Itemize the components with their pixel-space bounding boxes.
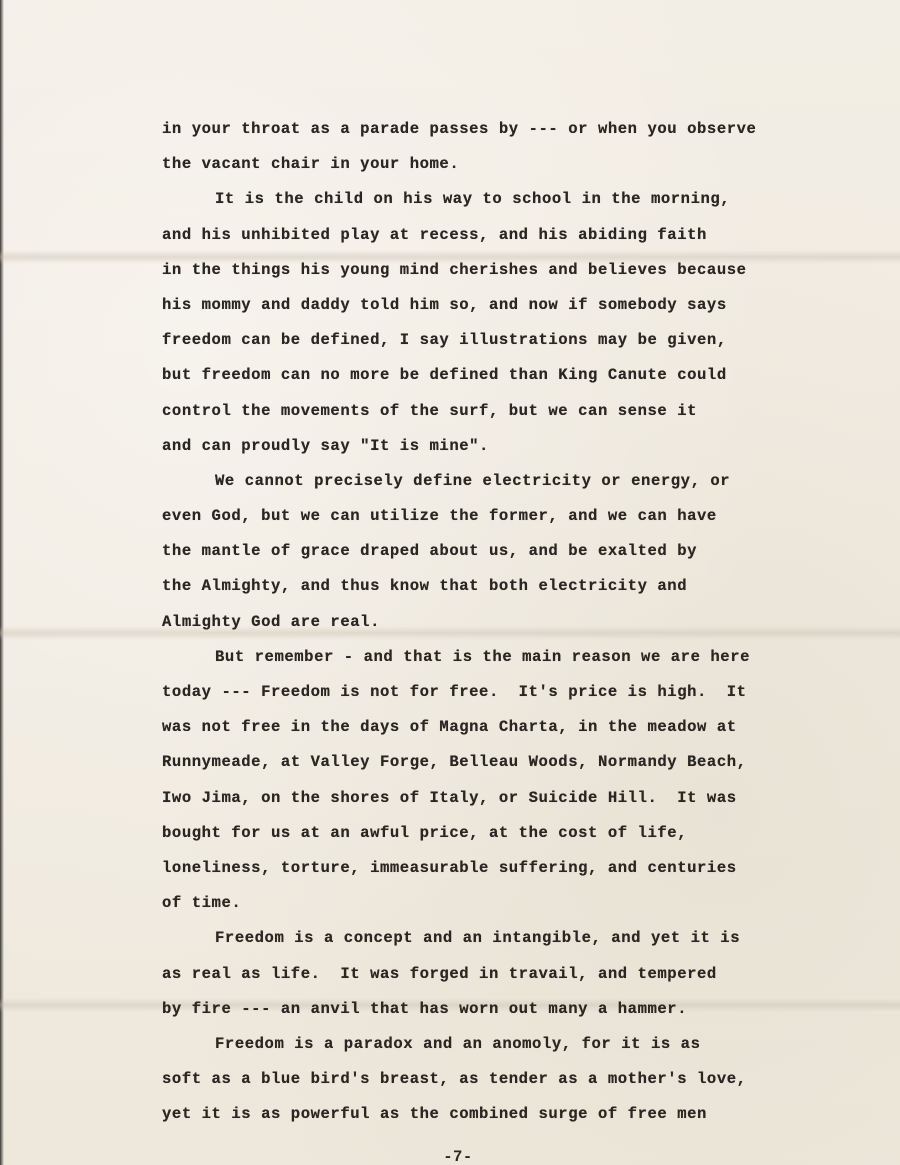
paragraph-first-line: It is the child on his way to school in … bbox=[162, 182, 822, 217]
paragraph-line: as real as life. It was forged in travai… bbox=[162, 957, 822, 992]
paragraph-line: and can proudly say "It is mine". bbox=[162, 429, 822, 464]
paragraph-line: soft as a blue bird's breast, as tender … bbox=[162, 1062, 822, 1097]
paragraph-line: the Almighty, and thus know that both el… bbox=[162, 569, 822, 604]
typewritten-page: in your throat as a parade passes by ---… bbox=[162, 112, 822, 1132]
paragraph-line: was not free in the days of Magna Charta… bbox=[162, 710, 822, 745]
paragraph-line: his mommy and daddy told him so, and now… bbox=[162, 288, 822, 323]
paragraph-line: in the things his young mind cherishes a… bbox=[162, 253, 822, 288]
paragraph-first-line: Freedom is a paradox and an anomoly, for… bbox=[162, 1027, 822, 1062]
paragraph-line: by fire --- an anvil that has worn out m… bbox=[162, 992, 822, 1027]
paragraph-line: and his unhibited play at recess, and hi… bbox=[162, 218, 822, 253]
paragraph-line: Iwo Jima, on the shores of Italy, or Sui… bbox=[162, 781, 822, 816]
paragraph-line: even God, but we can utilize the former,… bbox=[162, 499, 822, 534]
paragraph-first-line: Freedom is a concept and an intangible, … bbox=[162, 921, 822, 956]
paper-edge-shadow bbox=[0, 0, 4, 1165]
paragraph-line: Runnymeade, at Valley Forge, Belleau Woo… bbox=[162, 745, 822, 780]
paragraph-line: bought for us at an awful price, at the … bbox=[162, 816, 822, 851]
paragraph-line: control the movements of the surf, but w… bbox=[162, 394, 822, 429]
paragraph-first-line: But remember - and that is the main reas… bbox=[162, 640, 822, 675]
paragraph-line: but freedom can no more be defined than … bbox=[162, 358, 822, 393]
page-number: -7- bbox=[0, 1148, 900, 1165]
paragraph-line: the vacant chair in your home. bbox=[162, 147, 822, 182]
paragraph-line: the mantle of grace draped about us, and… bbox=[162, 534, 822, 569]
paragraph-line: loneliness, torture, immeasurable suffer… bbox=[162, 851, 822, 886]
paragraph-line: yet it is as powerful as the combined su… bbox=[162, 1097, 822, 1132]
paragraph-line: freedom can be defined, I say illustrati… bbox=[162, 323, 822, 358]
paragraph-line: today --- Freedom is not for free. It's … bbox=[162, 675, 822, 710]
paragraph-first-line: We cannot precisely define electricity o… bbox=[162, 464, 822, 499]
paragraph-first-line: in your throat as a parade passes by ---… bbox=[162, 112, 822, 147]
paragraph-line: Almighty God are real. bbox=[162, 605, 822, 640]
paragraph-line: of time. bbox=[162, 886, 822, 921]
